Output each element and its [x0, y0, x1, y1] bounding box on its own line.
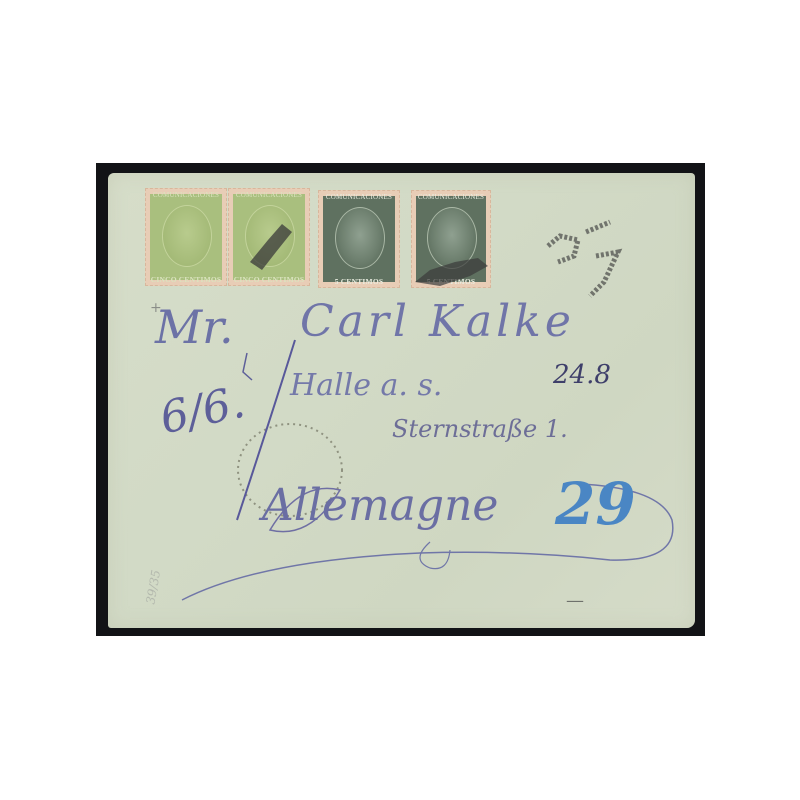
- address-line-1-name: Carl Kalke: [300, 296, 575, 347]
- address-line-3: Sternstraße 1.: [392, 415, 568, 443]
- cancel-mark: [415, 258, 488, 286]
- address-line-1-prefix: Mr.: [155, 300, 234, 354]
- pencil-mark-top-left: +: [150, 300, 162, 316]
- address-line-2-number: 24.8: [553, 360, 611, 390]
- blue-crayon-number: 29: [555, 470, 636, 538]
- registration-mark: [548, 222, 618, 296]
- address-line-4: Allemagne: [262, 480, 498, 531]
- pencil-mark-bottom-right: —: [566, 590, 584, 611]
- cancel-mark: [250, 224, 292, 270]
- address-line-2: Halle a. s.: [290, 368, 442, 403]
